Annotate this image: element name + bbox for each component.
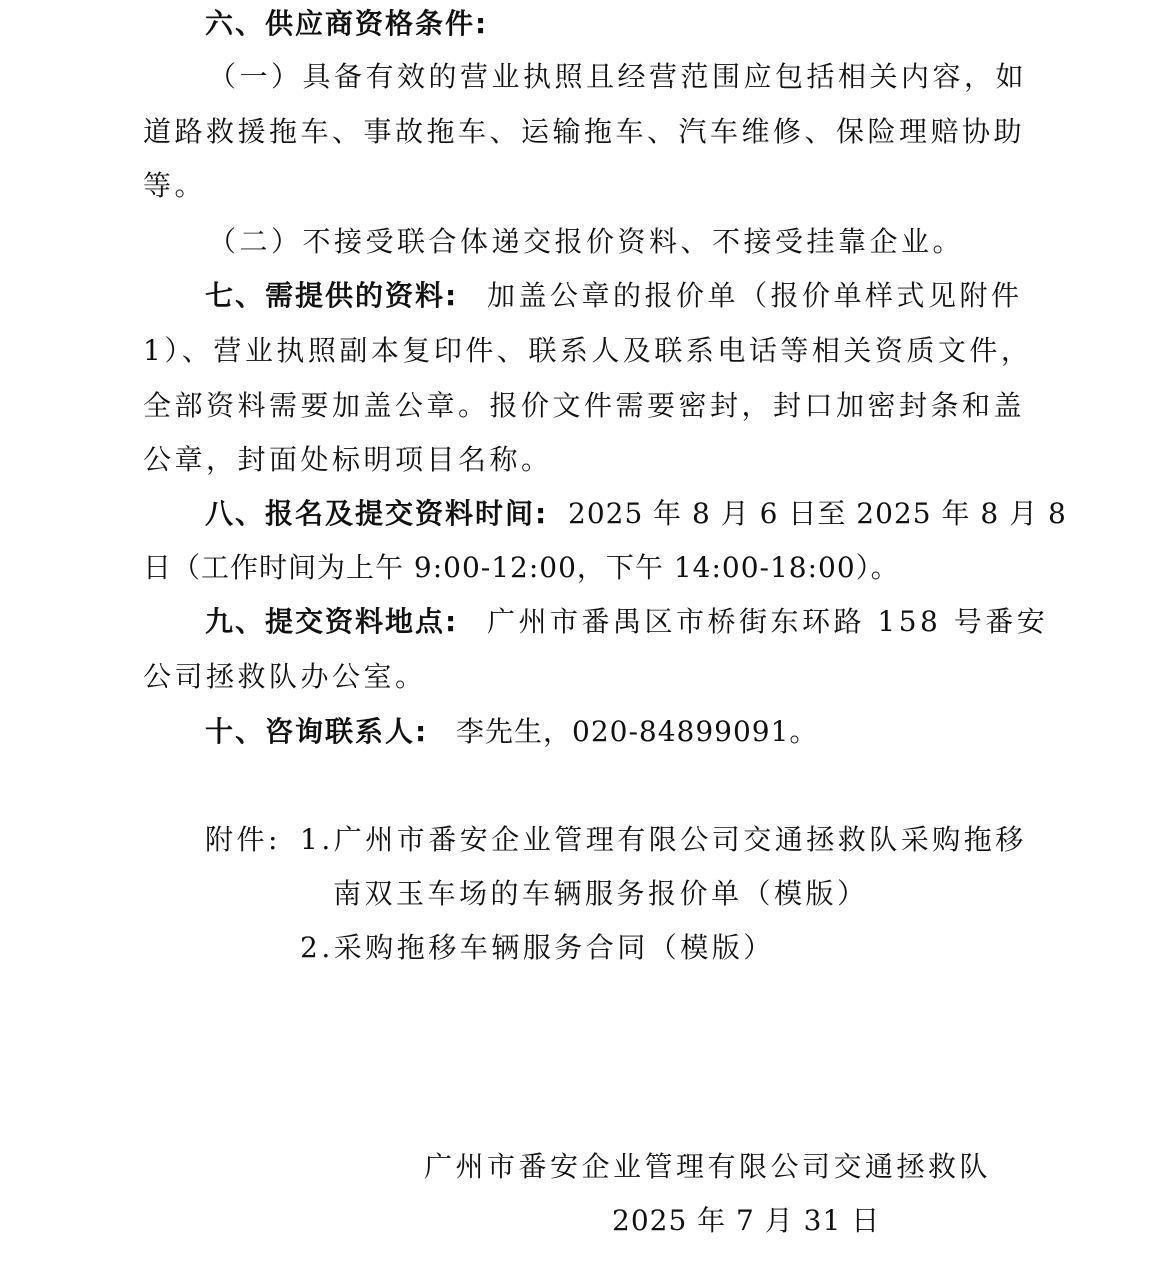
section-eight-line2: 日（工作时间为上午 9:00-12:00，下午 14:00-18:00）。 xyxy=(143,548,900,588)
section-nine-line2: 公司拯救队办公室。 xyxy=(143,657,427,697)
section-eight-line1: 2025 年 8 月 6 日至 2025 年 8 月 8 xyxy=(568,494,1067,534)
section-ten-text: 李先生，020-84899091。 xyxy=(456,712,818,752)
section-seven-line4: 公章，封面处标明项目名称。 xyxy=(143,440,553,480)
signature-organization: 广州市番安企业管理有限公司交通拯救队 xyxy=(424,1147,991,1187)
attachment-1-line2: 南双玉车场的车辆服务报价单（模版） xyxy=(333,874,869,914)
section-ten-heading: 十、咨询联系人: xyxy=(205,712,428,752)
section-six-heading: 六、供应商资格条件: xyxy=(205,4,488,44)
section-seven-heading: 七、需提供的资料: xyxy=(205,276,458,316)
attachments-label: 附件: xyxy=(205,820,281,860)
section-nine-line1: 广州市番禺区市桥街东环路 158 号番安 xyxy=(487,602,1048,642)
signature-date: 2025 年 7 月 31 日 xyxy=(612,1201,880,1241)
section-six-item2: （二）不接受联合体递交报价资料、不接受挂靠企业。 xyxy=(208,222,964,262)
section-seven-line3: 全部资料需要加盖公章。报价文件需要密封，封口加密封条和盖 xyxy=(143,386,1025,426)
section-six-item1-line1: （一）具备有效的营业执照且经营范围应包括相关内容，如 xyxy=(208,57,1027,97)
section-seven-line1: 加盖公章的报价单（报价单样式见附件 xyxy=(487,276,1023,316)
section-eight-heading: 八、报名及提交资料时间: xyxy=(205,494,548,534)
attachment-2: 2.采购拖移车辆服务合同（模版） xyxy=(300,928,775,968)
section-nine-heading: 九、提交资料地点: xyxy=(205,602,458,642)
section-six-item1-line3: 等。 xyxy=(143,166,206,206)
attachment-1-line1: 1.广州市番安企业管理有限公司交通拯救队采购拖移 xyxy=(300,820,1027,860)
section-six-item1-line2: 道路救援拖车、事故拖车、运输拖车、汽车维修、保险理赔协助 xyxy=(143,112,1025,152)
section-seven-line2: 1）、营业执照副本复印件、联系人及联系电话等相关资质文件， xyxy=(143,331,1032,371)
